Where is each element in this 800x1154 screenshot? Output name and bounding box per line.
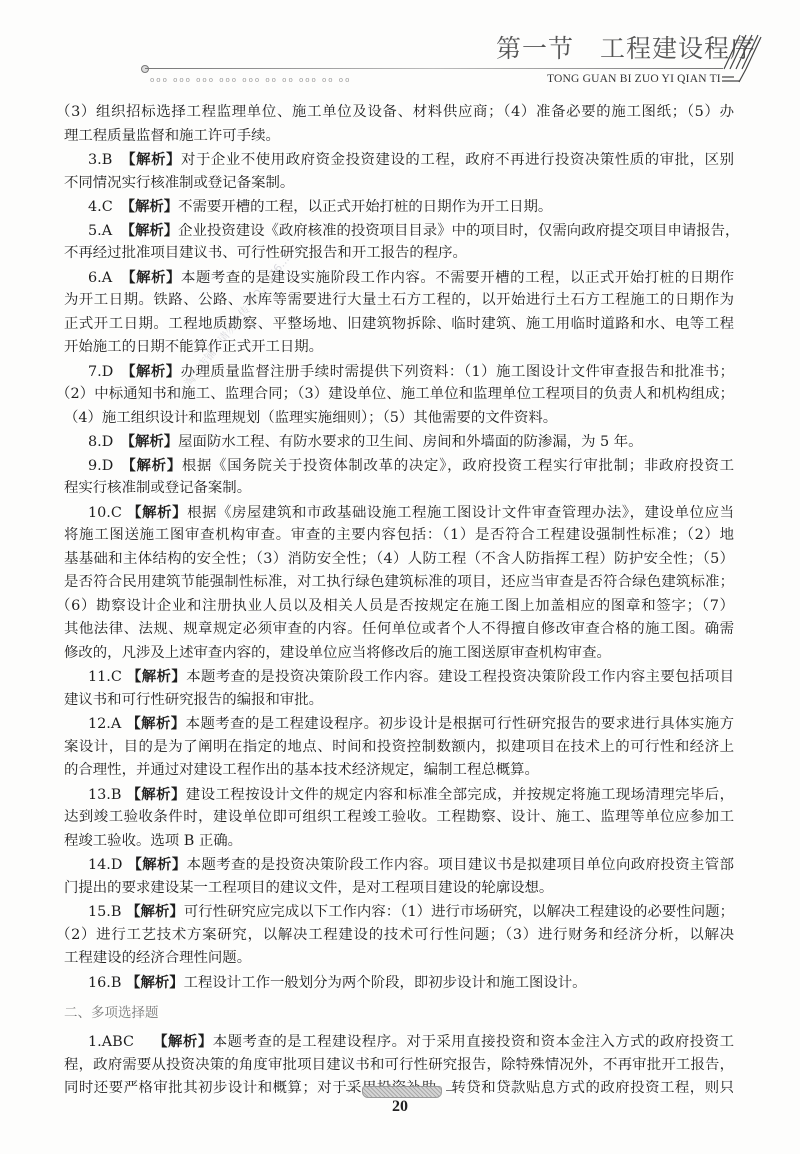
analysis-text: 本题考查的是工程建设程序。对于采用直接投资和资本金注入方式的政府投资工 xyxy=(213,1034,734,1050)
analysis-text: 企业投资建设《政府核准的投资项目目录》中的项目时，仅需向政府提交项目申请报告， xyxy=(178,223,739,239)
continuation-line: 理工程质量监督和施工许可手续。 xyxy=(64,125,734,149)
continuation-line: 工程建设的经济合理性问题。 xyxy=(64,947,734,971)
continuation-line: （3）组织招标选择工程监理单位、施工单位及设备、材料供应商；（4）准备必要的施工… xyxy=(56,101,734,125)
continuation-line: 开始施工的日期不能算作正式开工日期。 xyxy=(64,336,734,360)
analysis-text: 本题考查的是投资决策阶段工作内容。建设工程投资决策阶段工作内容主要包括项目 xyxy=(186,669,734,685)
answer-item: 14.D 【解析】本题考查的是投资决策阶段工作内容。项目建议书是拟建项目单位向政… xyxy=(64,853,734,877)
question-number: 10.C xyxy=(88,502,122,526)
question-number: 15.B xyxy=(88,901,121,925)
question-number: 8.D xyxy=(88,431,116,455)
analysis-text: 本题考查的是投资决策阶段工作内容。项目建议书是拟建项目单位向政府投资主管部 xyxy=(187,857,734,873)
continuation-line: 不同情况实行核准制或登记备案制。 xyxy=(64,172,734,196)
answer-item: 7.D 【解析】办理质量监督注册手续时需提供下列资料：（1）施工图设计文件审查报… xyxy=(64,360,734,384)
answer-item: 1.ABC 【解析】本题考查的是工程建设程序。对于采用直接投资和资本金注入方式的… xyxy=(64,1030,734,1054)
continuation-line: 程实行核准制或登记备案制。 xyxy=(64,477,734,501)
analysis-tag: 【解析】 xyxy=(126,786,185,803)
analysis-tag: 【解析】 xyxy=(126,715,185,732)
footer-dash-left xyxy=(346,1090,354,1091)
analysis-text: 办理质量监督注册手续时需提供下列资料：（1）施工图设计文件审查报告和批准书； xyxy=(181,364,734,380)
continuation-line: 修改的，凡涉及上述审查内容的，建设单位应当将修改后的施工图送原审查机构审查。 xyxy=(64,642,734,666)
page-header: 第一节 工程建设程序 ooo ooo ooo ooo ooo oo oo ooo… xyxy=(0,0,800,90)
continuation-line: （2）中标通知书和施工、监理合同；（3）建设单位、施工单位和监理单位工程项目的负… xyxy=(56,383,734,407)
page-number: 20 xyxy=(380,1098,420,1116)
analysis-text: 不需要开槽的工程，以正式开始打桩的日期作为开工日期。 xyxy=(178,199,552,215)
analysis-text: 建设工程按设计文件的规定内容和标准全部完成，并按规定将施工现场清理完毕后， xyxy=(186,787,734,803)
section-heading-multiple-choice: 二、多项选择题 xyxy=(64,994,734,1030)
question-number: 7.D xyxy=(88,361,116,385)
continuation-line: （2）进行工艺技术方案研究，以解决工程建设的技术可行性问题；（3）进行财务和经济… xyxy=(56,924,734,948)
question-number: 16.B xyxy=(88,972,121,996)
continuation-line: 正式开工日期。工程地质勘察、平整场地、旧建筑物拆除、临时建筑、施工用临时道路和水… xyxy=(64,313,734,337)
analysis-tag: 【解析】 xyxy=(121,457,182,474)
analysis-tag: 【解析】 xyxy=(127,668,186,685)
question-number: 13.B xyxy=(88,784,121,808)
answer-item: 13.B 【解析】建设工程按设计文件的规定内容和标准全部完成，并按规定将施工现场… xyxy=(64,783,734,807)
question-number: 1.ABC xyxy=(88,1031,148,1055)
rule-end-dot xyxy=(141,65,149,73)
analysis-text: 可行性研究应完成以下工作内容：（1）进行市场研究，以解决工程建设的必要性问题； xyxy=(184,904,734,920)
question-number: 4.C xyxy=(88,196,116,220)
answer-item: 16.B 【解析】工程设计工作一般划分为两个阶段，即初步设计和施工图设计。 xyxy=(64,971,734,995)
question-number: 9.D xyxy=(88,455,116,479)
analysis-tag: 【解析】 xyxy=(121,151,181,168)
answer-item: 12.A 【解析】本题考查的是工程建设程序。初步设计是根据可行性研究报告的要求进… xyxy=(64,712,734,736)
continuation-line: 为开工日期。铁路、公路、水库等需要进行大量土石方工程的，以开始进行土石方工程施工… xyxy=(64,289,734,313)
analysis-text: 根据《房屋建筑和市政基础设施工程施工图设计文件审查管理办法》，建设单位应当 xyxy=(187,505,734,521)
question-number: 11.C xyxy=(88,666,122,690)
continuation-line: 不再经过批准项目建议书、可行性研究报告和开工报告的程序。 xyxy=(64,242,734,266)
continuation-line: 将施工图送施工图审查机构审查。审查的主要内容包括：（1）是否符合工程建设强制性标… xyxy=(64,524,734,548)
analysis-tag: 【解析】 xyxy=(126,903,184,920)
footer-dash-right xyxy=(446,1090,454,1091)
answer-item: 6.A 【解析】本题考查的是建设实施阶段工作内容。不需要开槽的工程，以正式开始打… xyxy=(64,266,734,290)
analysis-tag: 【解析】 xyxy=(121,222,179,239)
answer-explanations: （3）组织招标选择工程监理单位、施工单位及设备、材料供应商；（4）准备必要的施工… xyxy=(64,101,734,1101)
answer-item: 15.B 【解析】可行性研究应完成以下工作内容：（1）进行市场研究，以解决工程建… xyxy=(64,900,734,924)
analysis-text: 本题考查的是工程建设程序。初步设计是根据可行性研究报告的要求进行具体实施方 xyxy=(186,716,734,732)
analysis-tag: 【解析】 xyxy=(153,1033,213,1050)
analysis-text: 屋面防水工程、有防水要求的卫生间、房间和外墙面的防渗漏，为 5 年。 xyxy=(178,434,642,450)
analysis-tag: 【解析】 xyxy=(121,269,181,286)
analysis-text: 工程设计工作一般划分为两个阶段，即初步设计和施工图设计。 xyxy=(184,975,587,991)
analysis-text: 根据《国务院关于投资体制改革的决定》，政府投资工程实行审批制；非政府投资工 xyxy=(182,458,734,474)
question-number: 12.A xyxy=(88,713,121,737)
continuation-line: 基基础和主体结构的安全性；（3）消防安全性；（4）人防工程（不含人防指挥工程）防… xyxy=(64,548,734,572)
header-rule xyxy=(145,68,723,69)
continuation-line: （4）施工组织设计和监理规划（监理实施细则）；（5）其他需要的文件资料。 xyxy=(64,407,734,431)
chapter-title: 第一节 工程建设程序 xyxy=(496,29,756,65)
question-number: 6.A xyxy=(88,267,116,291)
analysis-tag: 【解析】 xyxy=(121,198,179,215)
answer-item: 8.D 【解析】屋面防水工程、有防水要求的卫生间、房间和外墙面的防渗漏，为 5 … xyxy=(64,430,734,454)
answer-item: 5.A 【解析】企业投资建设《政府核准的投资项目目录》中的项目时，仅需向政府提交… xyxy=(64,219,734,243)
continuation-line: 程竣工验收。选项 B 正确。 xyxy=(64,830,734,854)
continuation-line: （6）勘察设计企业和注册执业人员以及相关人员是否按规定在施工图上加盖相应的图章和… xyxy=(56,595,734,619)
analysis-tag: 【解析】 xyxy=(127,504,187,521)
continuation-line: 案设计，目的是为了阐明在指定的地点、时间和投资控制数额内，拟建项目在技术上的可行… xyxy=(64,736,734,760)
analysis-tag: 【解析】 xyxy=(127,856,186,873)
header-dot-pattern: ooo ooo ooo ooo ooo oo oo ooo oo oo xyxy=(150,76,351,84)
answer-item: 3.B 【解析】对于企业不使用政府资金投资建设的工程，政府不再进行投资决策性质的… xyxy=(64,148,734,172)
question-number: 3.B xyxy=(88,149,116,173)
page-number-ornament xyxy=(362,1086,442,1098)
series-subtitle: TONG GUAN BI ZUO YI QIAN TI xyxy=(547,73,721,85)
continuation-line: 是否符合民用建筑节能强制性标准，对工执行绿色建筑标准的项目，还应当审查是否符合绿… xyxy=(64,571,734,595)
analysis-text: 对于企业不使用政府资金投资建设的工程，政府不再进行投资决策性质的审批，区别 xyxy=(181,152,734,168)
answer-item: 4.C 【解析】不需要开槽的工程，以正式开始打桩的日期作为开工日期。 xyxy=(64,195,734,219)
analysis-tag: 【解析】 xyxy=(126,974,184,991)
continuation-line: 门提出的要求建设某一工程项目的建议文件，是对工程项目建设的轮廓设想。 xyxy=(64,877,734,901)
stripes-ornament-icon xyxy=(722,33,762,83)
question-number: 5.A xyxy=(88,220,116,244)
answer-item: 10.C 【解析】根据《房屋建筑和市政基础设施工程施工图设计文件审查管理办法》，… xyxy=(64,501,734,525)
question-number: 14.D xyxy=(88,854,122,878)
analysis-tag: 【解析】 xyxy=(121,433,179,450)
continuation-line: 建议书和可行性研究报告的编报和审批。 xyxy=(64,689,734,713)
continuation-line: 程，政府需要从投资决策的角度审批项目建议书和可行性研究报告，除特殊情况外，不再审… xyxy=(64,1054,734,1078)
continuation-line: 达到竣工验收条件时，建设单位即可组织工程竣工验收。工程勘察、设计、施工、监理等单… xyxy=(64,806,734,830)
continuation-line: 其他法律、法规、规章规定必须审查的内容。任何单位或者个人不得擅自修改审查合格的施… xyxy=(64,618,734,642)
analysis-tag: 【解析】 xyxy=(121,363,181,380)
answer-item: 9.D 【解析】根据《国务院关于投资体制改革的决定》，政府投资工程实行审批制；非… xyxy=(64,454,734,478)
analysis-text: 本题考查的是建设实施阶段工作内容。不需要开槽的工程，以正式开始打桩的日期作 xyxy=(181,270,734,286)
answer-item: 11.C 【解析】本题考查的是投资决策阶段工作内容。建设工程投资决策阶段工作内容… xyxy=(64,665,734,689)
continuation-line: 的合理性，并通过对建设工程作出的基本技术经济规定，编制工程总概算。 xyxy=(64,759,734,783)
